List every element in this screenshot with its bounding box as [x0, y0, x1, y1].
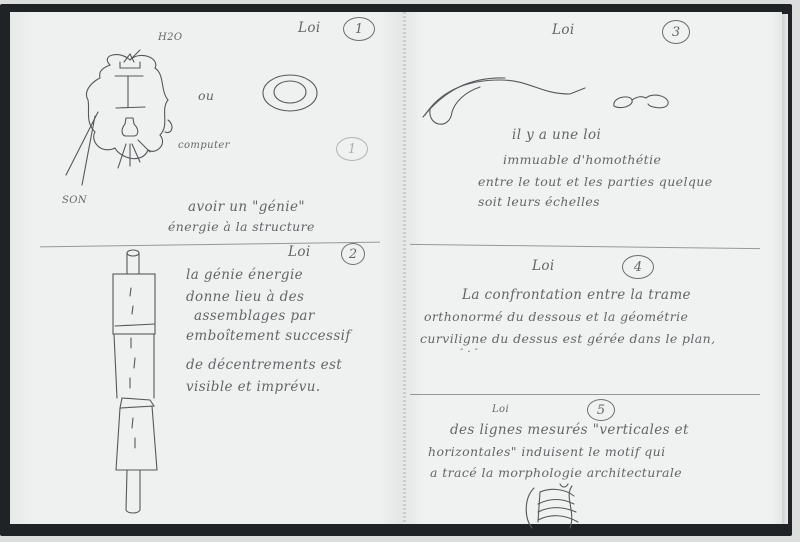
loi-5-heading: Loi: [492, 404, 509, 415]
loi-3-text-line-2: immuable d'homothétie: [503, 152, 661, 167]
loi-3-text-line-3: entre le tout et les parties quelque: [478, 174, 713, 189]
loi-4-number-badge: 4: [622, 255, 654, 279]
loi-3-text-line-4: soit leurs échelles: [478, 194, 600, 209]
notebook-spine: [403, 12, 406, 524]
loi-2-text-line-2: donne lieu à des: [186, 289, 304, 305]
loi-2-heading: Loi: [288, 244, 311, 260]
loi-3-heading: Loi: [552, 22, 575, 38]
loi-1-faint-number: 1: [336, 137, 368, 161]
loi-2-text-line-5: de décentrements est: [186, 357, 342, 373]
loi-4-text-line-2: orthonormé du dessous et la géométrie: [424, 309, 688, 324]
page-edges: [782, 14, 788, 524]
loi-3-number-badge: 3: [662, 20, 690, 44]
loi-5-text-line-3: a tracé la morphologie architecturale: [430, 465, 682, 480]
loi-4-text-line-1: La confrontation entre la trame: [462, 287, 691, 303]
loi-5-text-line-1: des lignes mesurés "verticales et: [450, 422, 689, 438]
column-sketch: [110, 248, 170, 518]
loi-1-number-badge: 1: [343, 17, 375, 41]
loi-1-text-line-2: énergie à la structure: [168, 219, 315, 234]
divider-line: [410, 394, 760, 395]
loi-2-text-line-6: visible et imprévu.: [186, 379, 321, 395]
loi-2-number-badge: 2: [341, 243, 365, 265]
morphology-sketch: [520, 482, 584, 534]
loi-1-text-line-1: avoir un "génie": [188, 199, 305, 215]
son-label: SON: [62, 195, 87, 206]
ring-sketch: [260, 72, 320, 114]
computer-label: computer: [178, 140, 230, 151]
loop-sketch: [610, 92, 672, 114]
or-label: ou: [198, 88, 214, 103]
loi-3-text-line-1: il y a une loi: [512, 127, 601, 143]
loi-2-text-line-1: la génie énergie: [186, 267, 303, 283]
loi-5-text-line-2: horizontales" induisent le motif qui: [428, 444, 666, 459]
loi-5-number-badge: 5: [587, 399, 615, 421]
fountain-sketch: [60, 40, 180, 210]
loi-1-heading: Loi: [298, 20, 321, 36]
loi-4-text-line-4: - . -: [460, 344, 478, 355]
curve-sketch: [420, 72, 590, 132]
loi-2-text-line-4: emboîtement successif: [186, 328, 351, 344]
loi-2-text-line-3: assemblages par: [194, 308, 315, 324]
loi-4-heading: Loi: [532, 258, 555, 274]
